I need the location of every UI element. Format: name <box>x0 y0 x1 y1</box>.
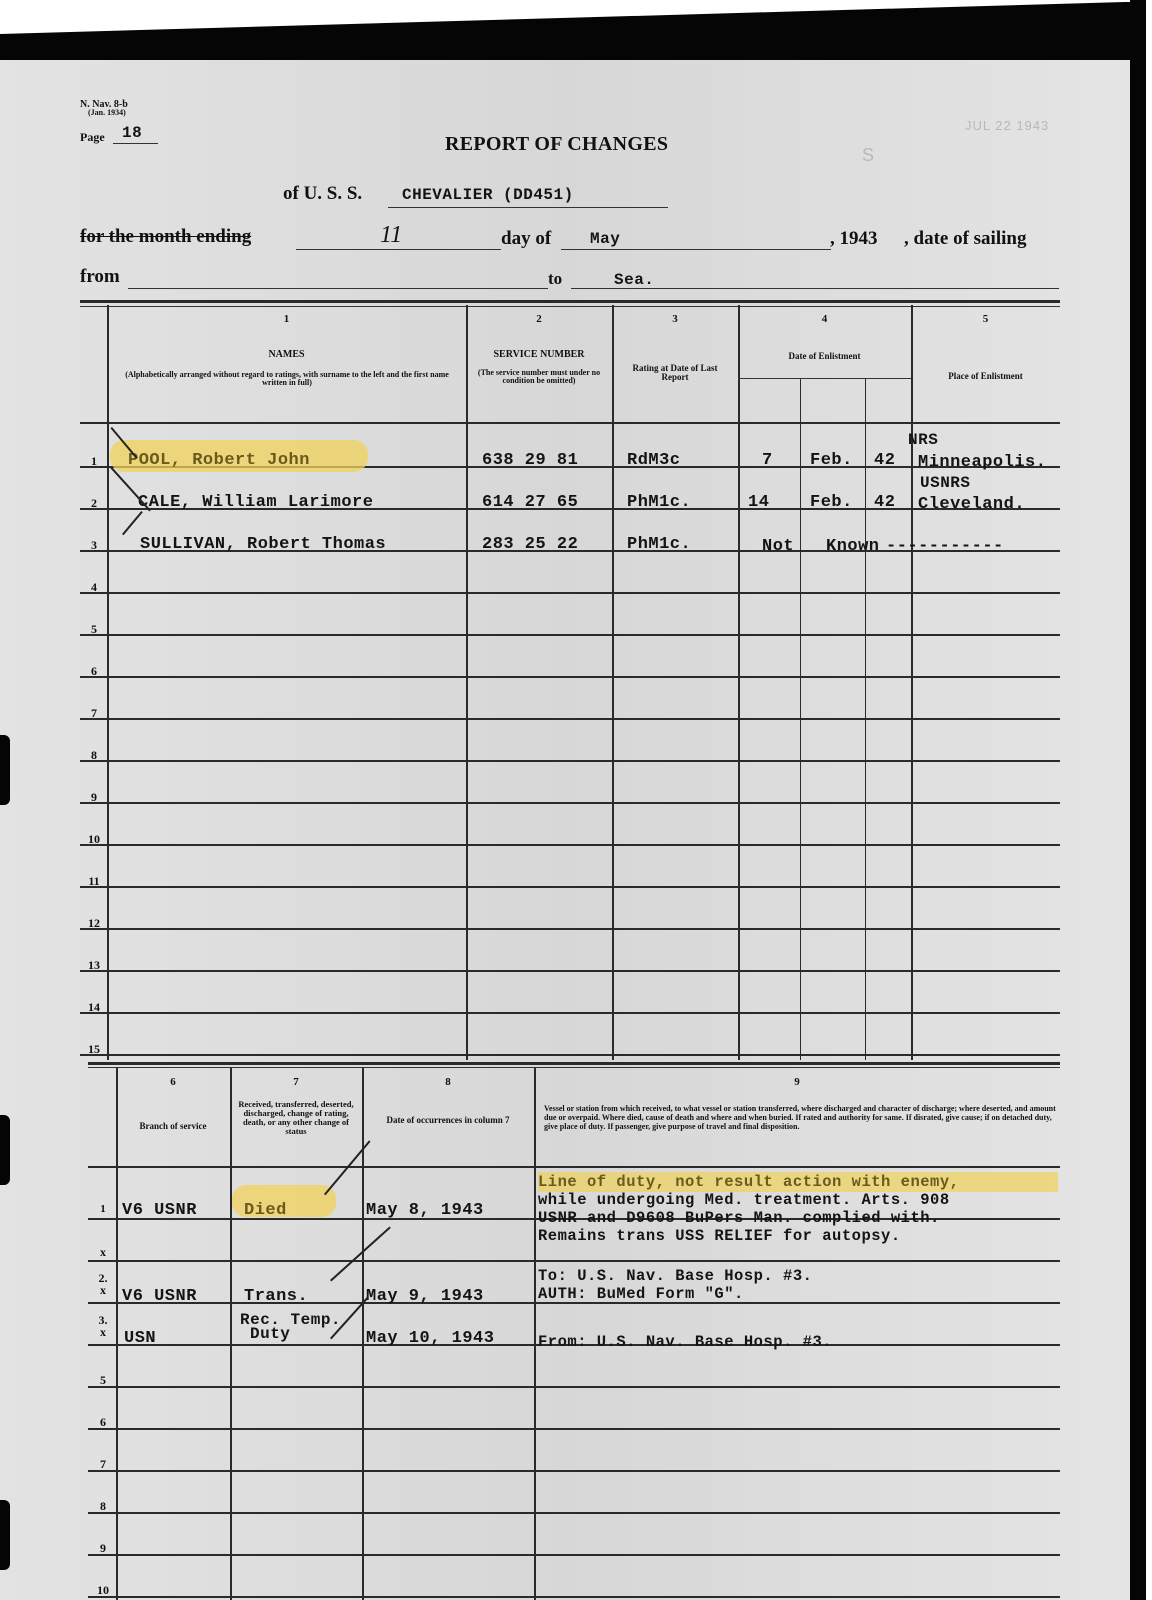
enlistment-day: Not <box>762 537 794 556</box>
occurrence-date: May 9, 1943 <box>366 1287 484 1306</box>
remarks-line: while undergoing Med. treatment. Arts. 9… <box>538 1191 950 1209</box>
col-3-number: 3 <box>612 313 738 325</box>
remarks-line: Line of duty, not result action with ene… <box>538 1173 959 1191</box>
row-number: 9 <box>83 790 105 805</box>
upper-col-divider <box>738 305 740 1060</box>
row-rule <box>80 886 1060 888</box>
col-6-title: Branch of service <box>116 1122 230 1131</box>
row-rule <box>80 970 1060 972</box>
row-number: 2. x <box>92 1272 114 1296</box>
occurrence-date: May 10, 1943 <box>366 1329 494 1348</box>
day-underline <box>296 249 501 250</box>
enlistment-month: Feb. <box>810 493 853 512</box>
row-rule <box>80 928 1060 930</box>
day-value: 11 <box>380 222 402 249</box>
upper-header-bottom-rule <box>80 422 1060 424</box>
row-number: 8 <box>92 1499 114 1514</box>
enlistment-year: 42 <box>874 493 895 512</box>
row-rule <box>88 1470 1060 1472</box>
form-date: (Jan. 1934) <box>88 109 126 117</box>
enlistment-place-line2: Cleveland. <box>918 495 1025 514</box>
enlistment-place-line1: USNRS <box>920 474 971 492</box>
row-number: x <box>92 1245 114 1260</box>
row-number: 5 <box>83 622 105 637</box>
to-value: Sea. <box>614 271 654 289</box>
row-number: 6 <box>83 664 105 679</box>
change-of-status: Died <box>244 1201 287 1220</box>
from-label: from <box>80 266 120 288</box>
rating: PhM1c. <box>627 535 691 554</box>
ship-label: of U. S. S. <box>283 183 362 205</box>
upper-col-divider <box>466 305 468 1060</box>
remarks-line: To: U.S. Nav. Base Hosp. #3. <box>538 1267 812 1285</box>
lower-col-divider <box>534 1067 536 1600</box>
col-5-title: Place of Enlistment <box>911 372 1060 381</box>
row-rule <box>80 844 1060 846</box>
col-8-number: 8 <box>362 1076 534 1088</box>
scan-margin-right <box>1146 0 1152 1600</box>
document-page <box>0 52 1130 1600</box>
page-title: REPORT OF CHANGES <box>445 133 668 156</box>
page-number: 18 <box>122 124 142 142</box>
col-9-title: Vessel or station from which received, t… <box>544 1104 1056 1131</box>
remarks-line: From: U.S. Nav. Base Hosp. #3. <box>538 1333 832 1351</box>
lower-header-bottom-rule <box>88 1166 1060 1168</box>
remarks-line: USNR and D9608 BuPers Man. complied with… <box>538 1209 940 1227</box>
enlistment-place-line2: Minneapolis. <box>918 453 1046 472</box>
page-label: Page <box>80 130 105 145</box>
upper-col-divider <box>107 305 109 1060</box>
row-rule <box>80 760 1060 762</box>
date-of-sailing-label: , date of sailing <box>904 228 1026 250</box>
row-number: 3. x <box>92 1314 114 1338</box>
branch-of-service: V6 USNR <box>122 1287 197 1306</box>
upper-col-divider <box>612 305 614 1060</box>
section-divider-2 <box>88 1067 1060 1068</box>
row-number: 10 <box>83 832 105 847</box>
row-rule <box>88 1428 1060 1430</box>
from-underline <box>128 288 548 289</box>
received-stamp: JUL 22 1943 <box>965 118 1049 133</box>
row-rule <box>80 634 1060 636</box>
lower-col-divider <box>116 1067 118 1600</box>
col-2-number: 2 <box>466 313 612 325</box>
occurrence-date: May 8, 1943 <box>366 1201 484 1220</box>
col-5-number: 5 <box>911 313 1060 325</box>
col-6-number: 6 <box>116 1076 230 1088</box>
row-rule <box>80 592 1060 594</box>
enlistment-place-line2: ----------- <box>886 537 1004 556</box>
year-value: , 1943 <box>830 228 878 250</box>
upper-col-divider <box>911 305 913 1060</box>
col-9-number: 9 <box>534 1076 1060 1088</box>
row-number: 13 <box>83 958 105 973</box>
row-rule <box>88 1596 1060 1598</box>
row-number: 7 <box>92 1457 114 1472</box>
branch-of-service: USN <box>124 1329 156 1348</box>
row-rule <box>88 1554 1060 1556</box>
crew-name: SULLIVAN, Robert Thomas <box>140 535 386 554</box>
row-rule <box>80 718 1060 720</box>
branch-of-service: V6 USNR <box>122 1201 197 1220</box>
col-2-title: SERVICE NUMBER <box>466 350 612 359</box>
change-of-status: Trans. <box>244 1287 308 1306</box>
enlistment-month: Feb. <box>810 451 853 470</box>
rating: PhM1c. <box>627 493 691 512</box>
ship-underline <box>388 207 668 208</box>
month-underline <box>561 249 831 250</box>
row-number: 11 <box>83 874 105 889</box>
row-number: 1 <box>92 1203 114 1215</box>
col-7-number: 7 <box>230 1076 362 1088</box>
row-rule <box>80 802 1060 804</box>
row-number: 8 <box>83 748 105 763</box>
crew-name: CALE, William Larimore <box>138 493 373 512</box>
upper-table-top-rule-2 <box>80 306 1060 307</box>
stamp-mark: S <box>862 145 875 166</box>
col-3-title: Rating at Date of Last Report <box>625 364 725 382</box>
row-number: 14 <box>83 1000 105 1015</box>
lower-col-divider <box>230 1067 232 1600</box>
row-rule <box>88 1512 1060 1514</box>
col-8-title: Date of occurrences in column 7 <box>378 1116 518 1125</box>
row-number: 9 <box>92 1541 114 1556</box>
change-of-status-line2: Duty <box>250 1325 290 1343</box>
rating: RdM3c <box>627 451 681 470</box>
row-number: 1 <box>83 454 105 469</box>
row-number: 12 <box>83 916 105 931</box>
row-rule <box>80 1054 1060 1056</box>
row-number: 2 <box>83 496 105 511</box>
ship-name: CHEVALIER (DD451) <box>402 186 574 204</box>
crew-name: POOL, Robert John <box>128 451 310 470</box>
remarks-line: AUTH: BuMed Form "G". <box>538 1285 744 1303</box>
upper-table-top-rule <box>80 300 1060 303</box>
binder-hole <box>0 1500 10 1570</box>
month-ending-label: for the month ending <box>80 226 251 248</box>
row-number: 6 <box>92 1415 114 1430</box>
row-number: 5 <box>92 1373 114 1388</box>
col-4-number: 4 <box>738 313 911 325</box>
col-4-title: Date of Enlistment <box>738 352 911 361</box>
row-rule <box>80 676 1060 678</box>
col-7-title: Received, transferred, deserted, dischar… <box>238 1100 354 1136</box>
to-label: to <box>548 269 562 289</box>
col-2-subtitle: (The service number must under no condit… <box>474 369 604 385</box>
page-underline <box>113 143 158 144</box>
col-1-number: 1 <box>107 313 466 325</box>
row-rule <box>88 1260 1060 1262</box>
enlistment-day: 7 <box>762 451 773 470</box>
month-value: May <box>590 230 620 248</box>
col-1-title: NAMES <box>107 350 466 359</box>
enlistment-month: Known <box>826 537 880 556</box>
row-number: 4 <box>83 580 105 595</box>
row-number: 7 <box>83 706 105 721</box>
row-number: 10 <box>92 1583 114 1598</box>
enlistment-subheader-rule <box>738 378 911 379</box>
row-rule <box>80 1012 1060 1014</box>
enlistment-place-line1: NRS <box>908 431 938 449</box>
service-number: 614 27 65 <box>482 493 578 512</box>
service-number: 638 29 81 <box>482 451 578 470</box>
col-1-subtitle: (Alphabetically arranged without regard … <box>112 371 462 387</box>
binder-hole <box>0 1115 10 1185</box>
row-number: 15 <box>83 1042 105 1057</box>
service-number: 283 25 22 <box>482 535 578 554</box>
enlistment-day: 14 <box>748 493 769 512</box>
day-of-label: day of <box>501 228 551 250</box>
binder-hole <box>0 735 10 805</box>
row-number: 3 <box>83 538 105 553</box>
section-divider <box>88 1062 1060 1065</box>
remarks-line: Remains trans USS RELIEF for autopsy. <box>538 1227 901 1245</box>
enlistment-year: 42 <box>874 451 895 470</box>
row-rule <box>88 1386 1060 1388</box>
